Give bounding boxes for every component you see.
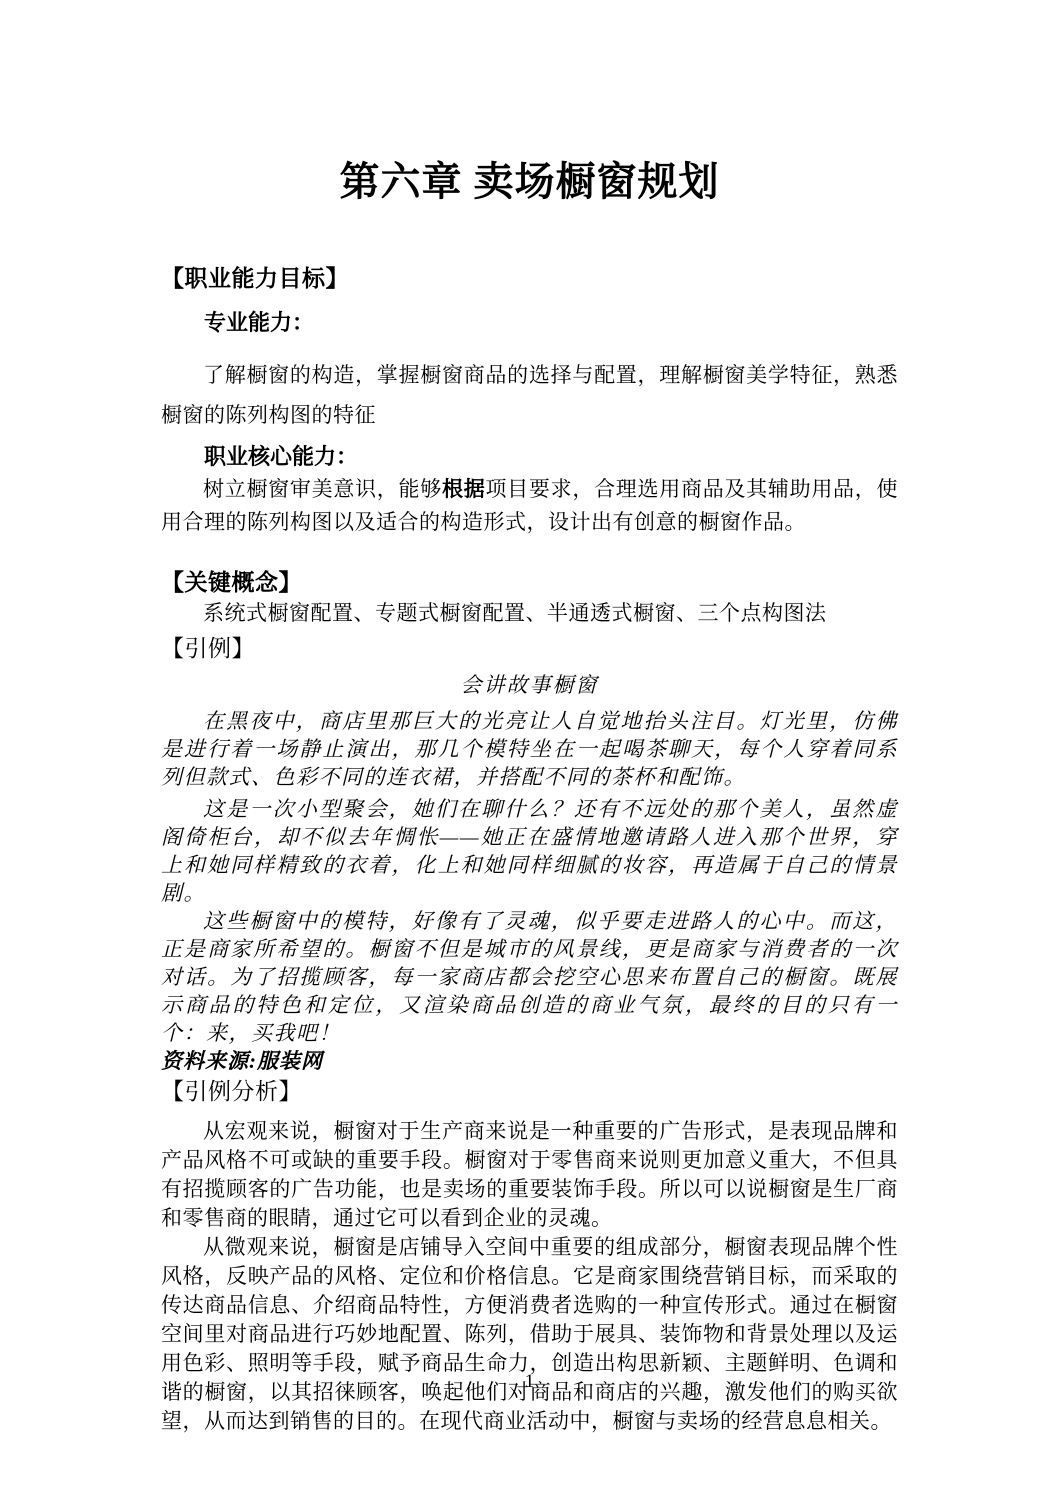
- paragraph-key-concepts: 系统式橱窗配置、专题式橱窗配置、半通透式橱窗、三个点构图法: [161, 598, 898, 628]
- section-example: 【引例】 会讲故事橱窗 在黑夜中，商店里那巨大的光亮让人自觉地抬头注目。灯光里，…: [161, 634, 898, 1075]
- core-ability-text-pre: 树立橱窗审美意识，能够: [203, 477, 442, 501]
- story-paragraph-1: 在黑夜中，商店里那巨大的光亮让人自觉地抬头注目。灯光里，仿佛是进行着一场静止演出…: [161, 707, 898, 791]
- section-key-concepts: 【关键概念】 系统式橱窗配置、专题式橱窗配置、半通透式橱窗、三个点构图法: [161, 568, 898, 628]
- section-objectives: 【职业能力目标】 专业能力： 了解橱窗的构造，掌握橱窗商品的选择与配置，理解橱窗…: [161, 264, 898, 539]
- story-title: 会讲故事橱窗: [161, 671, 898, 699]
- heading-career-objectives: 【职业能力目标】: [161, 264, 898, 294]
- page-title: 第六章 卖场橱窗规划: [161, 158, 898, 206]
- subheading-professional-ability: 专业能力：: [161, 308, 898, 338]
- core-ability-text-bold: 根据: [442, 477, 485, 501]
- page-number: 1: [0, 1370, 1059, 1394]
- heading-example: 【引例】: [161, 634, 898, 664]
- document-page: 第六章 卖场橱窗规划 【职业能力目标】 专业能力： 了解橱窗的构造，掌握橱窗商品…: [0, 0, 1059, 1497]
- paragraph-professional-ability: 了解橱窗的构造，掌握橱窗商品的选择与配置，理解橱窗美学特征，熟悉橱窗的陈列构图的…: [161, 355, 898, 435]
- heading-key-concepts: 【关键概念】: [161, 568, 898, 598]
- analysis-paragraph-2: 从微观来说，橱窗是店铺导入空间中重要的组成部分，橱窗表现品牌个性风格，反映产品的…: [161, 1233, 898, 1436]
- story-paragraph-2: 这是一次小型聚会，她们在聊什么？还有不远处的那个美人，虽然虚阁倚柜台，却不似去年…: [161, 795, 898, 907]
- document-content: 第六章 卖场橱窗规划 【职业能力目标】 专业能力： 了解橱窗的构造，掌握橱窗商品…: [161, 0, 898, 1436]
- subheading-core-ability: 职业核心能力：: [161, 442, 898, 472]
- analysis-paragraph-1: 从宏观来说，橱窗对于生产商来说是一种重要的广告形式，是表现品牌和产品风格不可或缺…: [161, 1117, 898, 1233]
- story-source: 资料来源:服装网: [161, 1047, 898, 1075]
- heading-example-analysis: 【引例分析】: [161, 1077, 898, 1107]
- story-paragraph-3: 这些橱窗中的模特，好像有了灵魂，似乎要走进路人的心中。而这，正是商家所希望的。橱…: [161, 907, 898, 1047]
- paragraph-core-ability: 树立橱窗审美意识，能够根据项目要求，合理选用商品及其辅助用品，使用合理的陈列构图…: [161, 473, 898, 539]
